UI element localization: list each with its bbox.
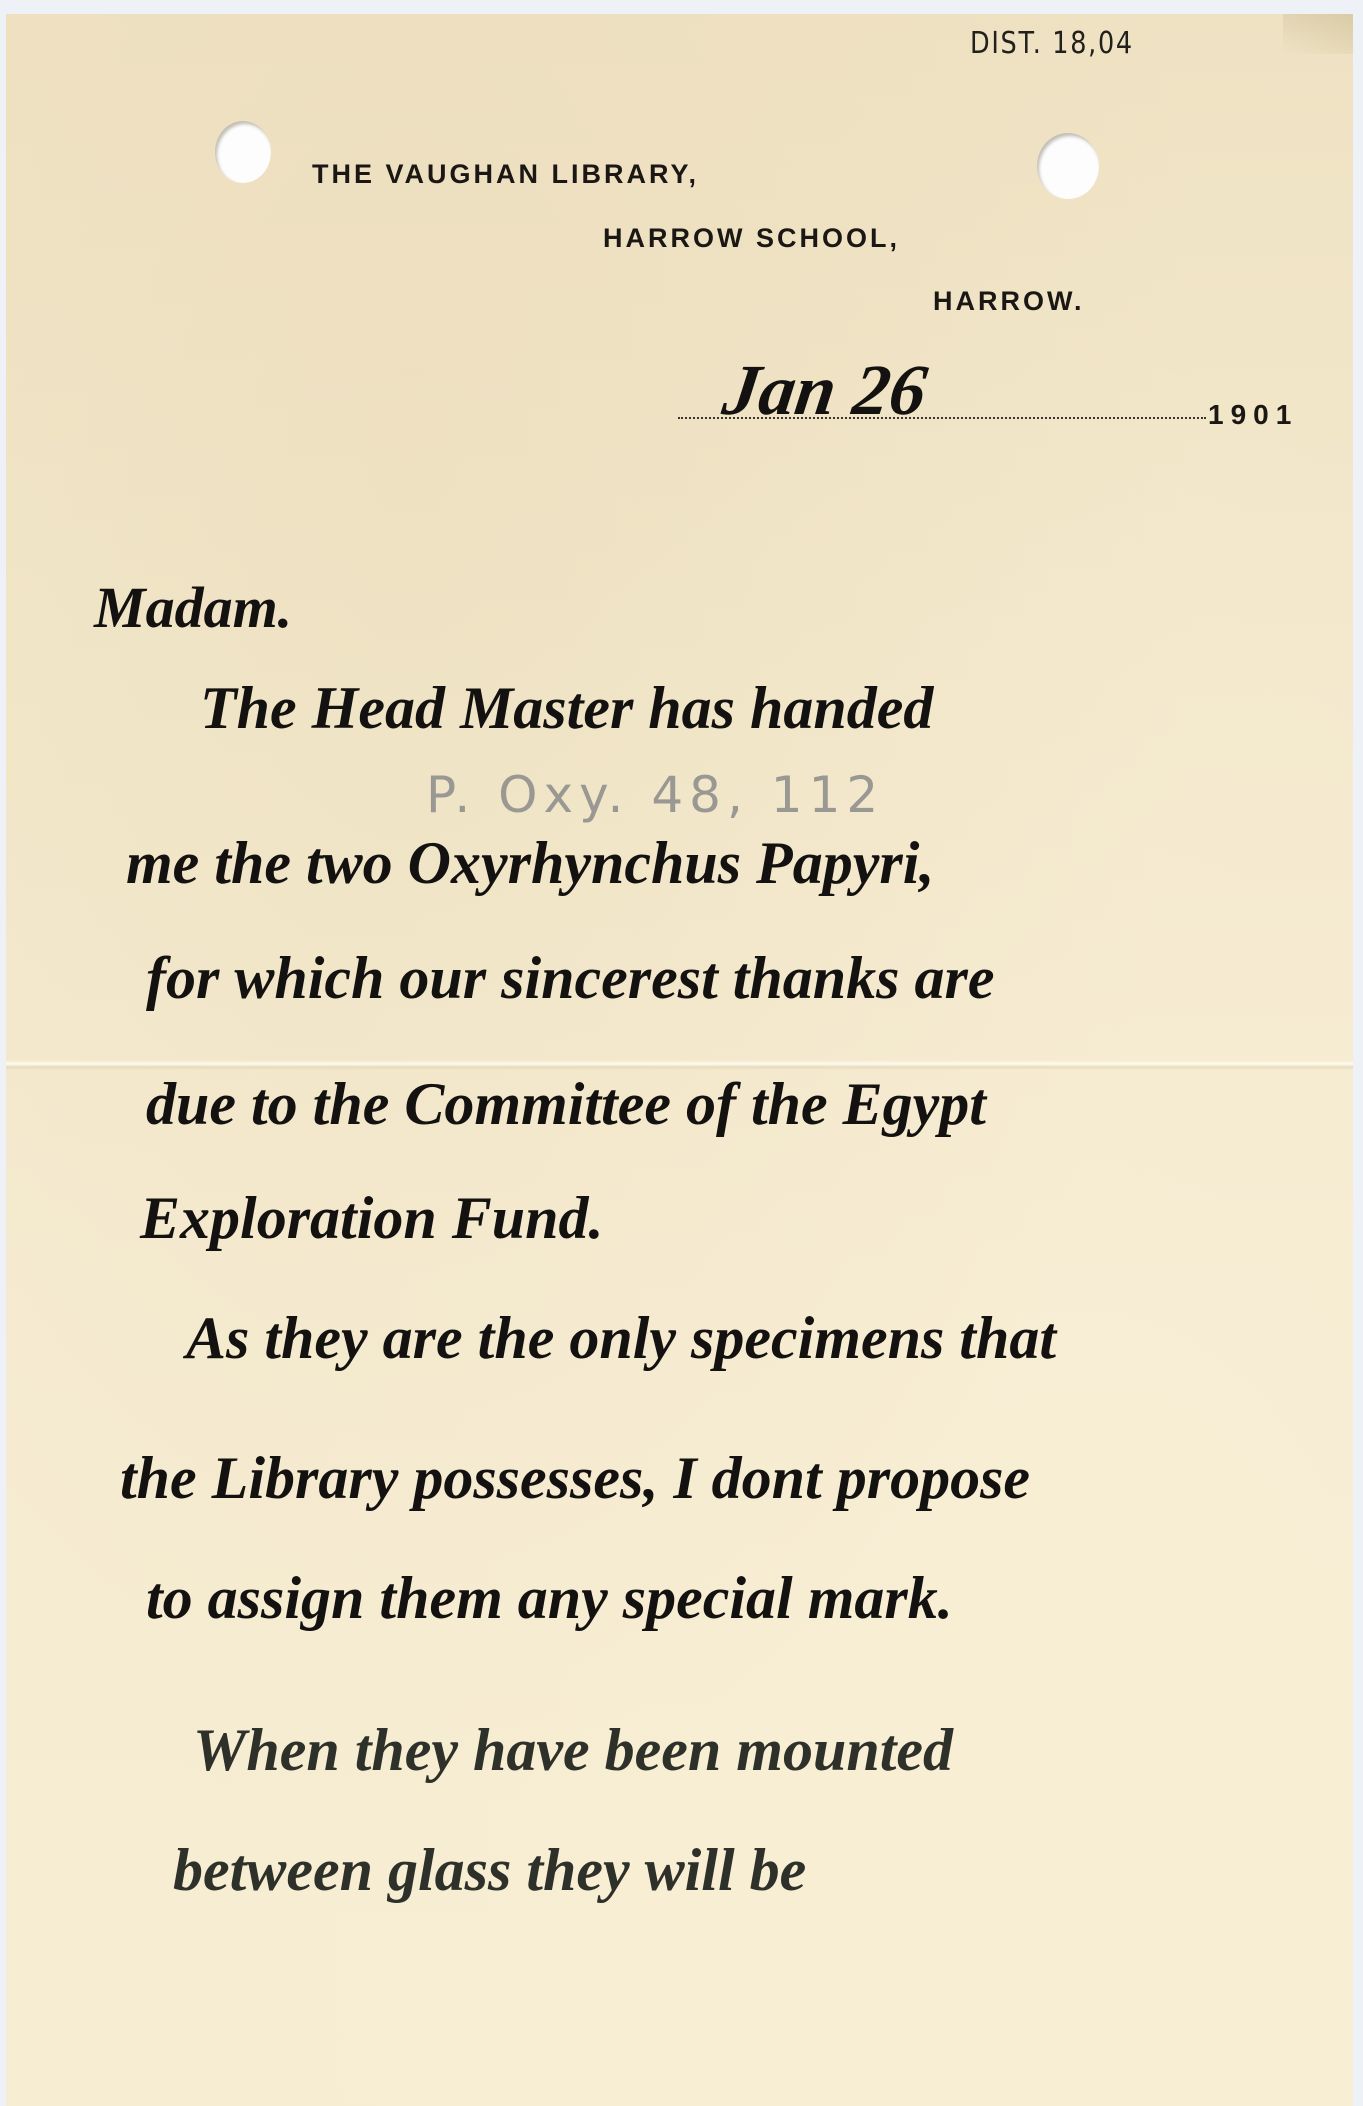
pencil-annotation: P. Oxy. 48, 112	[426, 766, 884, 824]
torn-corner	[1283, 14, 1353, 54]
body-line-6: As they are the only specimens that	[186, 1304, 1056, 1373]
body-line-9: When they have been mounted	[193, 1716, 953, 1785]
body-line-4: due to the Committee of the Egypt	[146, 1070, 986, 1139]
letterhead-line-2: HARROW SCHOOL,	[603, 223, 900, 254]
paper-fold-crease	[6, 1060, 1353, 1070]
letterhead-line-3: HARROW.	[933, 286, 1085, 317]
body-line-8: to assign them any special mark.	[146, 1564, 953, 1633]
body-line-1: The Head Master has handed	[200, 674, 933, 743]
body-line-7: the Library possesses, I dont propose	[120, 1444, 1030, 1513]
punch-hole-left	[215, 121, 271, 183]
salutation: Madam.	[94, 574, 292, 641]
body-line-10: between glass they will be	[173, 1836, 806, 1905]
punch-hole-right	[1037, 133, 1099, 199]
date-handwritten: Jan 26	[718, 349, 932, 432]
archive-mark: DIST. 18,04	[970, 26, 1134, 61]
body-line-5: Exploration Fund.	[140, 1184, 604, 1253]
body-line-3: for which our sincerest thanks are	[146, 944, 995, 1013]
letterhead-line-1: THE VAUGHAN LIBRARY,	[312, 159, 699, 190]
letter-page: DIST. 18,04 THE VAUGHAN LIBRARY, HARROW …	[6, 14, 1353, 2106]
body-line-2: me the two Oxyrhynchus Papyri,	[126, 829, 934, 898]
date-year: 1901	[1208, 399, 1298, 431]
